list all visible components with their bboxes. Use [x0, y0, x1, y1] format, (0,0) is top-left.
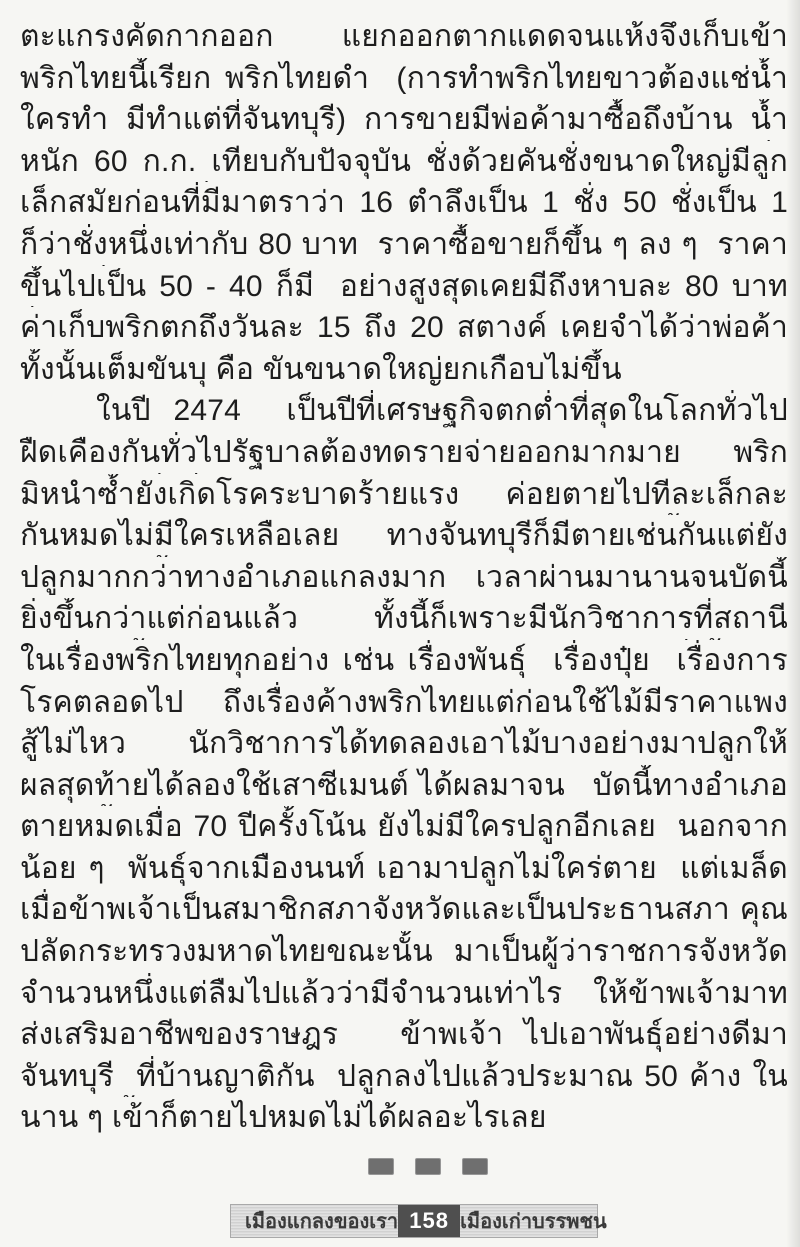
footer-bar: เมืองแกลงของเรา 158 เมืองเก่าบรรพชน	[230, 1204, 598, 1238]
text-line: ยิ่งขึ้นกว่าแต่ก่อนแล้ว ทั้งนี้ก็เพราะมี…	[20, 598, 788, 640]
separator-square	[415, 1158, 441, 1175]
text-line: ตายหมดเมื่อ 70 ปีครั้งโน้น ยังไม่มีใครปล…	[20, 806, 788, 848]
footer-right-title: เมืองเก่าบรรพชน	[460, 1205, 607, 1237]
text-line: กันหมดไม่มีใครเหลือเลย ทางจันทบุรีก็มีตา…	[20, 515, 788, 557]
footer-left-title: เมืองแกลงของเรา	[245, 1205, 398, 1237]
text-line: ฝืดเคืองกันทั่วไปรัฐบาลต้องทดรายจ่ายออกม…	[20, 432, 788, 474]
text-line: หนัก 60 ก.ก. เทียบกับปัจจุบัน ชั่งด้วยคั…	[20, 141, 788, 183]
text-line: เมื่อข้าพเจ้าเป็นสมาชิกสภาจังหวัดและเป็น…	[20, 889, 788, 931]
text-line: น้อย ๆ พันธุ์จากเมืองนนท์ เอามาปลูกไม่ใค…	[20, 848, 788, 890]
text-line: สู้ไม่ไหว นักวิชาการได้ทดลองเอาไม้บางอย่…	[20, 723, 788, 765]
text-line: ในปี 2474 เป็นปีที่เศรษฐกิจตกต่ำที่สุดใน…	[20, 390, 788, 432]
text-line: โรคตลอดไป ถึงเรื่องค้างพริกไทยแต่ก่อนใช้…	[20, 682, 788, 724]
text-line: ใครทำ มีทำแต่ที่จันทบุรี) การขายมีพ่อค้า…	[20, 99, 788, 141]
text-line: มิหนำซ้ำยังเกิดโรคระบาดร้ายแรง ค่อยตายไป…	[20, 474, 788, 516]
text-line: ทั้งนั้นเต็มขันบุ คือ ขันขนาดใหญ่ยกเกือบ…	[20, 349, 788, 391]
separator-square	[462, 1158, 488, 1175]
text-line: ค่าเก็บพริกตกถึงวันละ 15 ถึง 20 สตางค์ เ…	[20, 307, 788, 349]
text-line: จำนวนหนึ่งแต่ลืมไปแล้วว่ามีจำนวนเท่าไร ใ…	[20, 973, 788, 1015]
text-line: ปลัดกระทรวงมหาดไทยขณะนั้น มาเป็นผู้ว่ารา…	[20, 931, 788, 973]
text-line: ขึ้นไปเป็น 50 - 40 ก็มี อย่างสูงสุดเคยมี…	[20, 266, 788, 308]
text-line: เล็กสมัยก่อนที่มีมาตราว่า 16 ตำลึงเป็น 1…	[20, 182, 788, 224]
body-text: ตะแกรงคัดกากออก แยกออกตากแดดจนแห้งจึงเก็…	[20, 16, 788, 1139]
text-line: จันทบุรี ที่บ้านญาติกัน ปลูกลงไปแล้วประม…	[20, 1056, 788, 1098]
text-line: พริกไทยนี้เรียก พริกไทยดำ (การทำพริกไทยข…	[20, 58, 788, 100]
text-line: ในเรื่องพริกไทยทุกอย่าง เช่น เรื่องพันธุ…	[20, 640, 788, 682]
text-line: ผลสุดท้ายได้ลองใช้เสาซีเมนต์ ได้ผลมาจน บ…	[20, 765, 788, 807]
text-line: ตะแกรงคัดกากออก แยกออกตากแดดจนแห้งจึงเก็…	[20, 16, 788, 58]
text-line: ก็ว่าชั่งหนึ่งเท่ากับ 80 บาท ราคาซื้อขาย…	[20, 224, 788, 266]
page-number-badge: 158	[398, 1205, 460, 1237]
scanned-page: ตะแกรงคัดกากออก แยกออกตากแดดจนแห้งจึงเก็…	[0, 0, 800, 1247]
separator-square	[368, 1158, 394, 1175]
text-line: ส่งเสริมอาชีพของราษฎร ข้าพเจ้า ไปเอาพันธ…	[20, 1014, 788, 1056]
text-line: ปลูกมากกว่าทางอำเภอแกลงมาก เวลาผ่านมานาน…	[20, 557, 788, 599]
section-separator	[0, 1158, 800, 1175]
text-line: นาน ๆ เข้าก็ตายไปหมดไม่ได้ผลอะไรเลย	[20, 1097, 788, 1139]
